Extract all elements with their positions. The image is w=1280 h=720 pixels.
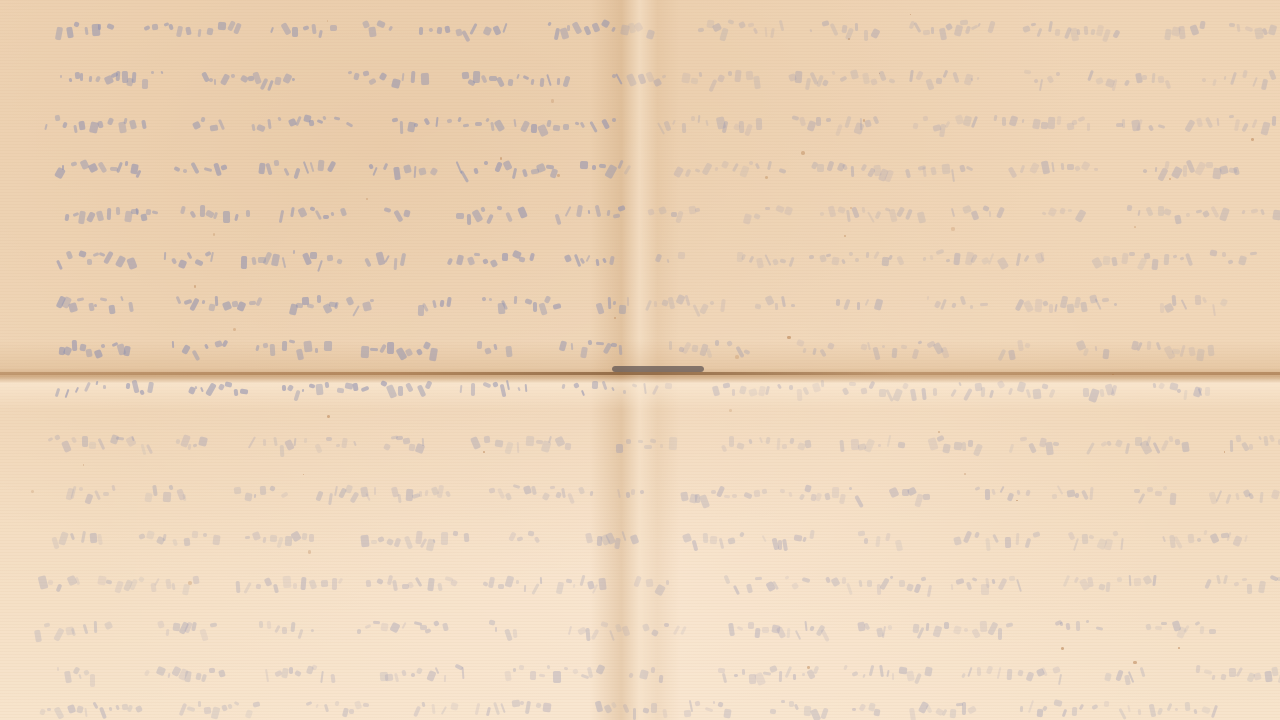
- ink-mark: [482, 296, 487, 301]
- ink-mark: [168, 24, 173, 31]
- ink-mark: [598, 578, 607, 591]
- ink-mark: [263, 537, 267, 543]
- ink-mark: [736, 626, 743, 632]
- ink-mark: [192, 531, 199, 538]
- ink-mark: [493, 344, 497, 351]
- ink-mark: [234, 701, 240, 707]
- ink-mark: [1104, 538, 1114, 551]
- ink-mark: [925, 623, 929, 631]
- ink-mark: [986, 538, 992, 551]
- ink-mark: [432, 538, 435, 542]
- ink-mark: [996, 207, 1005, 219]
- ink-mark: [43, 623, 50, 629]
- ink-mark: [980, 303, 988, 306]
- ink-mark: [1164, 161, 1169, 170]
- ink-mark: [236, 301, 246, 312]
- ink-mark: [920, 577, 925, 582]
- foxing-spot: [765, 176, 768, 179]
- ink-mark: [64, 670, 72, 683]
- ink-mark: [307, 303, 315, 308]
- ink-mark: [1163, 207, 1172, 215]
- ink-mark: [1087, 577, 1094, 588]
- ink-mark: [531, 486, 537, 496]
- ink-mark: [504, 441, 513, 454]
- ink-mark: [495, 627, 497, 632]
- ink-mark: [317, 295, 321, 303]
- ink-mark: [506, 380, 510, 391]
- ink-mark: [1153, 575, 1157, 586]
- ink-mark: [376, 578, 384, 585]
- ink-mark: [611, 26, 616, 32]
- ink-mark: [85, 349, 93, 358]
- ink-mark: [859, 580, 863, 587]
- ink-mark: [301, 532, 307, 540]
- ink-mark: [786, 628, 790, 638]
- ink-mark: [801, 577, 810, 583]
- foxing-spot: [31, 490, 34, 493]
- ink-mark: [830, 23, 839, 36]
- ink-mark: [1157, 167, 1168, 181]
- ink-mark: [828, 206, 836, 218]
- ink-mark: [585, 533, 593, 544]
- ink-mark: [595, 664, 605, 675]
- ink-mark: [1098, 583, 1105, 590]
- ink-mark: [567, 25, 570, 31]
- ink-mark: [756, 118, 762, 130]
- ink-mark: [837, 206, 846, 214]
- ink-mark: [809, 530, 815, 540]
- ink-mark: [973, 443, 983, 456]
- ink-mark: [362, 301, 372, 311]
- ink-mark: [349, 709, 354, 714]
- ink-mark: [536, 163, 546, 173]
- ink-mark: [334, 301, 339, 309]
- ink-mark: [287, 385, 294, 392]
- ink-mark: [1229, 115, 1235, 119]
- ink-mark: [797, 389, 803, 401]
- ink-mark: [827, 342, 834, 349]
- ink-mark: [48, 437, 54, 442]
- ink-mark: [902, 383, 909, 390]
- ink-mark: [332, 578, 337, 590]
- ink-mark: [544, 296, 551, 305]
- ink-mark: [1272, 666, 1279, 676]
- ink-mark: [748, 161, 752, 166]
- ink-mark: [201, 673, 207, 682]
- ink-mark: [780, 258, 787, 263]
- ink-mark: [662, 709, 667, 719]
- ink-mark: [664, 623, 670, 628]
- ink-mark: [1185, 212, 1190, 217]
- ink-mark: [384, 255, 390, 263]
- ink-mark: [1076, 621, 1080, 631]
- ink-mark: [47, 579, 53, 585]
- foxing-spot: [327, 415, 331, 419]
- ink-mark: [691, 116, 695, 121]
- ink-mark: [280, 444, 284, 456]
- ink-mark: [253, 701, 261, 708]
- ink-mark: [1025, 342, 1031, 348]
- ink-mark: [748, 256, 754, 264]
- ink-mark: [651, 703, 657, 713]
- ink-mark: [1147, 486, 1153, 491]
- ink-mark: [539, 302, 549, 315]
- ink-mark: [1093, 167, 1097, 171]
- ink-mark: [384, 207, 392, 213]
- ink-mark: [1102, 256, 1110, 266]
- ink-mark: [997, 349, 1006, 361]
- ink-mark: [239, 388, 247, 395]
- ink-mark: [959, 165, 966, 173]
- ink-mark: [607, 209, 611, 216]
- ink-mark: [1181, 299, 1188, 310]
- ink-mark: [853, 122, 864, 135]
- ink-mark: [1138, 493, 1146, 504]
- ink-mark: [1179, 344, 1186, 357]
- ink-mark: [1232, 535, 1242, 547]
- ink-mark: [494, 161, 503, 172]
- foxing-spot: [729, 409, 732, 412]
- ink-mark: [1032, 531, 1041, 538]
- ink-mark: [1230, 439, 1233, 451]
- ink-mark: [353, 305, 361, 317]
- ink-mark: [463, 123, 469, 127]
- ink-mark: [976, 77, 979, 81]
- ink-mark: [321, 580, 329, 587]
- ink-mark: [1009, 115, 1019, 127]
- ink-mark: [1063, 575, 1070, 587]
- ink-mark: [555, 491, 562, 499]
- ink-mark: [799, 494, 805, 501]
- ink-mark: [1268, 70, 1276, 81]
- ink-mark: [776, 626, 786, 639]
- ink-mark: [338, 577, 344, 584]
- ink-mark: [245, 536, 250, 539]
- ink-mark: [365, 580, 371, 588]
- ink-mark: [637, 74, 646, 85]
- ink-mark: [82, 436, 88, 447]
- ink-mark: [488, 487, 495, 493]
- ink-mark: [200, 387, 204, 393]
- ink-mark: [576, 205, 583, 218]
- ink-mark: [1054, 29, 1060, 37]
- ink-mark: [936, 249, 945, 255]
- ink-mark: [98, 24, 101, 30]
- ink-mark: [958, 382, 962, 387]
- ink-mark: [876, 536, 881, 547]
- ink-mark: [692, 539, 699, 551]
- ink-mark: [330, 25, 337, 31]
- ink-mark: [639, 669, 649, 679]
- ink-mark: [1048, 21, 1053, 32]
- ink-mark: [581, 390, 585, 396]
- foxing-spot: [1016, 500, 1018, 502]
- ink-mark: [886, 670, 889, 677]
- ink-mark: [308, 120, 314, 126]
- ink-mark: [913, 22, 921, 33]
- ink-mark: [852, 206, 860, 218]
- ink-mark: [165, 579, 171, 589]
- ink-mark: [923, 493, 930, 499]
- ink-mark: [501, 703, 507, 713]
- ink-mark: [892, 348, 898, 359]
- ink-mark: [681, 342, 691, 355]
- ink-mark: [1235, 493, 1240, 501]
- ink-mark: [504, 670, 511, 680]
- ink-mark: [269, 485, 275, 492]
- ink-mark: [146, 444, 153, 455]
- ink-mark: [154, 578, 160, 586]
- ink-mark: [899, 580, 905, 587]
- ink-mark: [628, 673, 634, 679]
- ink-mark: [1088, 388, 1100, 403]
- ink-mark: [1057, 116, 1062, 126]
- ink-mark: [1117, 576, 1123, 582]
- ink-mark: [1202, 706, 1211, 715]
- ink-mark: [1115, 669, 1123, 681]
- ink-mark: [344, 382, 353, 390]
- ink-mark: [53, 627, 64, 641]
- ink-mark: [1094, 298, 1101, 310]
- ink-mark: [293, 389, 300, 401]
- ink-mark: [69, 533, 74, 541]
- ink-mark: [257, 124, 266, 132]
- ink-mark: [738, 21, 746, 29]
- ink-mark: [836, 124, 843, 136]
- ink-mark: [601, 118, 610, 129]
- ink-mark: [616, 444, 623, 453]
- ink-mark: [966, 166, 974, 172]
- ink-mark: [502, 252, 508, 260]
- ink-mark: [485, 117, 490, 122]
- ink-mark: [850, 69, 859, 80]
- ink-mark: [1230, 72, 1237, 85]
- ink-mark: [520, 121, 531, 134]
- ink-mark: [81, 531, 86, 543]
- ink-mark: [231, 74, 235, 79]
- ink-mark: [255, 297, 262, 307]
- ink-mark: [461, 667, 464, 679]
- ink-mark: [435, 117, 438, 127]
- ink-mark: [1060, 622, 1063, 626]
- ink-mark: [125, 161, 128, 167]
- ink-mark: [200, 628, 209, 641]
- ink-mark: [80, 73, 83, 81]
- ink-mark: [534, 536, 540, 543]
- ink-mark: [1023, 255, 1029, 263]
- ink-mark: [564, 443, 570, 450]
- ink-mark: [699, 72, 703, 78]
- ink-mark: [680, 492, 689, 502]
- foxing-spot: [1178, 647, 1180, 649]
- ink-mark: [191, 622, 197, 632]
- ink-mark: [69, 78, 73, 83]
- foxing-spot: [850, 207, 852, 209]
- ink-mark: [789, 385, 793, 390]
- ink-mark: [1224, 76, 1227, 81]
- ink-mark: [906, 583, 914, 592]
- ink-mark: [105, 579, 112, 584]
- ink-mark: [776, 438, 780, 450]
- ink-mark: [194, 259, 203, 267]
- ink-mark: [758, 385, 766, 396]
- ink-mark: [721, 444, 727, 452]
- ink-mark: [794, 704, 799, 711]
- ink-mark: [182, 583, 190, 595]
- ink-mark: [1008, 167, 1017, 179]
- ink-mark: [65, 250, 73, 260]
- ink-mark: [1220, 298, 1228, 306]
- ink-mark: [317, 260, 323, 272]
- ink-mark: [844, 299, 851, 310]
- ink-mark: [625, 492, 629, 498]
- ink-mark: [263, 439, 267, 446]
- ink-mark: [293, 583, 297, 589]
- ink-mark: [447, 297, 453, 308]
- ink-mark: [325, 381, 330, 388]
- ink-mark: [282, 627, 287, 634]
- ink-mark: [1058, 674, 1063, 686]
- ink-mark: [692, 345, 699, 352]
- ink-mark: [1200, 626, 1205, 634]
- ink-mark: [413, 166, 416, 178]
- ink-mark: [192, 444, 197, 448]
- ink-mark: [546, 120, 552, 128]
- ink-mark: [598, 164, 605, 168]
- ink-mark: [78, 487, 82, 491]
- ink-mark: [1229, 668, 1236, 677]
- ink-mark: [315, 348, 318, 353]
- ink-mark: [667, 258, 670, 262]
- ink-mark: [440, 300, 445, 308]
- ink-mark: [441, 532, 448, 545]
- ink-mark: [144, 493, 153, 503]
- ink-mark: [747, 22, 754, 27]
- ink-mark: [589, 491, 593, 497]
- ink-mark: [611, 386, 615, 391]
- ink-mark: [518, 387, 522, 392]
- ink-mark: [100, 344, 105, 349]
- ink-mark: [870, 28, 880, 39]
- ink-mark: [1194, 621, 1200, 626]
- ink-mark: [73, 125, 77, 133]
- ink-mark: [1091, 704, 1098, 711]
- ink-mark: [168, 485, 173, 491]
- ink-mark: [854, 494, 863, 507]
- ink-mark: [393, 210, 404, 223]
- ink-mark: [601, 381, 606, 390]
- ink-mark: [508, 531, 516, 541]
- ink-mark: [233, 487, 241, 495]
- ink-mark: [194, 386, 197, 390]
- ink-mark: [1209, 629, 1216, 634]
- ink-mark: [1172, 255, 1177, 259]
- ink-mark: [64, 389, 69, 398]
- foxing-spot: [964, 473, 966, 475]
- ink-mark: [157, 620, 165, 629]
- ink-mark: [966, 581, 972, 589]
- ink-mark: [804, 439, 811, 448]
- ink-mark: [198, 437, 208, 448]
- ink-mark: [475, 122, 482, 127]
- ink-mark: [394, 673, 399, 682]
- ink-mark: [227, 704, 232, 710]
- ink-mark: [779, 671, 782, 682]
- ink-mark: [139, 389, 144, 395]
- ink-mark: [516, 580, 519, 584]
- ink-mark: [1060, 163, 1064, 170]
- ink-mark: [789, 437, 794, 443]
- ink-mark: [849, 382, 856, 386]
- ink-mark: [1261, 78, 1269, 90]
- ink-mark: [1016, 490, 1020, 495]
- ink-mark: [362, 702, 369, 706]
- ink-mark: [1161, 622, 1167, 625]
- ink-mark: [924, 666, 932, 676]
- ink-mark: [516, 537, 523, 543]
- foxing-spot: [188, 581, 192, 585]
- ink-mark: [182, 494, 186, 502]
- ink-mark: [129, 119, 138, 129]
- ink-mark: [622, 703, 629, 713]
- ink-mark: [146, 209, 151, 215]
- ink-mark: [104, 621, 113, 630]
- ink-mark: [84, 382, 91, 392]
- ink-mark: [126, 257, 137, 270]
- ink-mark: [609, 256, 615, 265]
- ink-mark: [714, 167, 718, 172]
- ink-mark: [1081, 161, 1091, 172]
- ink-mark: [252, 531, 261, 541]
- ink-mark: [1106, 582, 1111, 593]
- ink-mark: [869, 381, 875, 389]
- ink-mark: [618, 345, 622, 355]
- ink-mark: [303, 25, 310, 31]
- ink-mark: [131, 380, 139, 394]
- ink-mark: [1162, 486, 1167, 491]
- foxing-spot: [327, 20, 328, 21]
- ink-mark: [769, 665, 778, 674]
- ink-mark: [297, 207, 307, 218]
- ink-mark: [1209, 250, 1217, 257]
- ink-mark: [906, 670, 914, 681]
- ink-mark: [282, 385, 286, 391]
- ink-mark: [215, 296, 219, 306]
- ink-mark: [579, 575, 585, 586]
- ink-mark: [788, 256, 794, 267]
- ink-mark: [104, 250, 114, 264]
- ink-mark: [255, 345, 259, 352]
- ink-mark: [111, 485, 115, 491]
- ink-mark: [809, 29, 813, 33]
- ink-mark: [244, 492, 252, 501]
- ink-mark: [223, 211, 230, 223]
- ink-mark: [912, 349, 919, 360]
- ink-mark: [210, 622, 217, 627]
- ink-mark: [115, 705, 120, 710]
- ink-mark: [282, 341, 287, 351]
- ink-mark: [970, 78, 973, 82]
- ink-mark: [1242, 577, 1248, 581]
- ink-mark: [623, 389, 626, 393]
- ink-mark: [1216, 575, 1221, 584]
- ink-mark: [596, 342, 604, 346]
- ink-mark: [846, 583, 852, 595]
- ink-mark: [37, 575, 47, 589]
- ink-mark: [235, 581, 240, 593]
- ink-mark: [185, 26, 191, 35]
- ink-mark: [385, 384, 396, 398]
